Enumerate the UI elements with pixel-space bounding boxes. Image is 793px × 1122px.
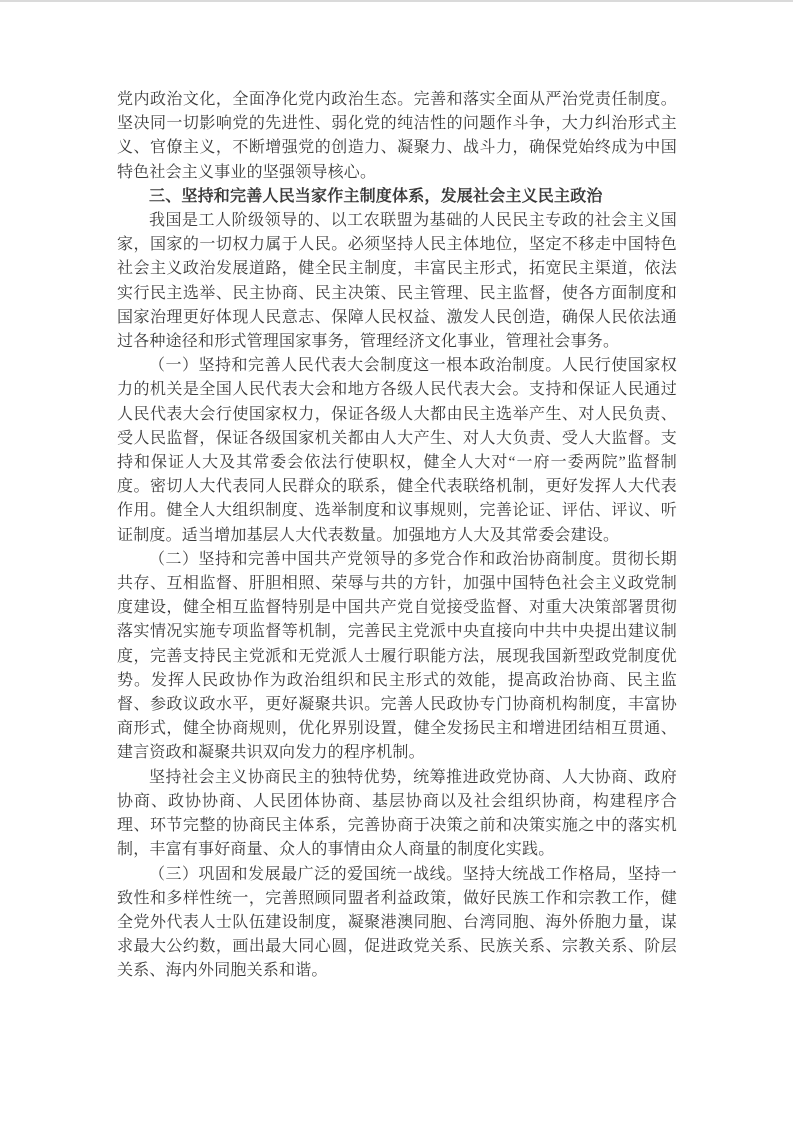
paragraph-consultative-democracy: 坚持社会主义协商民主的独特优势，统筹推进政党协商、人大协商、政府协商、政协协商、… [117,766,677,863]
paragraph-item-two: （二）坚持和完善中国共产党领导的多党合作和政治协商制度。贯彻长期共存、互相监督、… [117,548,677,766]
paragraph-continuation: 党内政治文化，全面净化党内政治生态。完善和落实全面从严治党责任制度。坚决同一切影… [117,88,677,185]
section-heading: 三、坚持和完善人民当家作主制度体系，发展社会主义民主政治 [117,185,677,209]
paragraph-intro: 我国是工人阶级领导的、以工农联盟为基础的人民民主专政的社会主义国家，国家的一切权… [117,209,677,354]
paragraph-item-three: （三）巩固和发展最广泛的爱国统一战线。坚持大统战工作格局，坚持一致性和多样性统一… [117,863,677,984]
paragraph-item-one: （一）坚持和完善人民代表大会制度这一根本政治制度。人民行使国家权力的机关是全国人… [117,354,677,548]
document-text-block: 党内政治文化，全面净化党内政治生态。完善和落实全面从严治党责任制度。坚决同一切影… [117,88,677,984]
scan-top-edge-artifact [0,0,793,2]
document-page: { "document": { "language": "zh-CN", "ba… [0,0,793,1122]
